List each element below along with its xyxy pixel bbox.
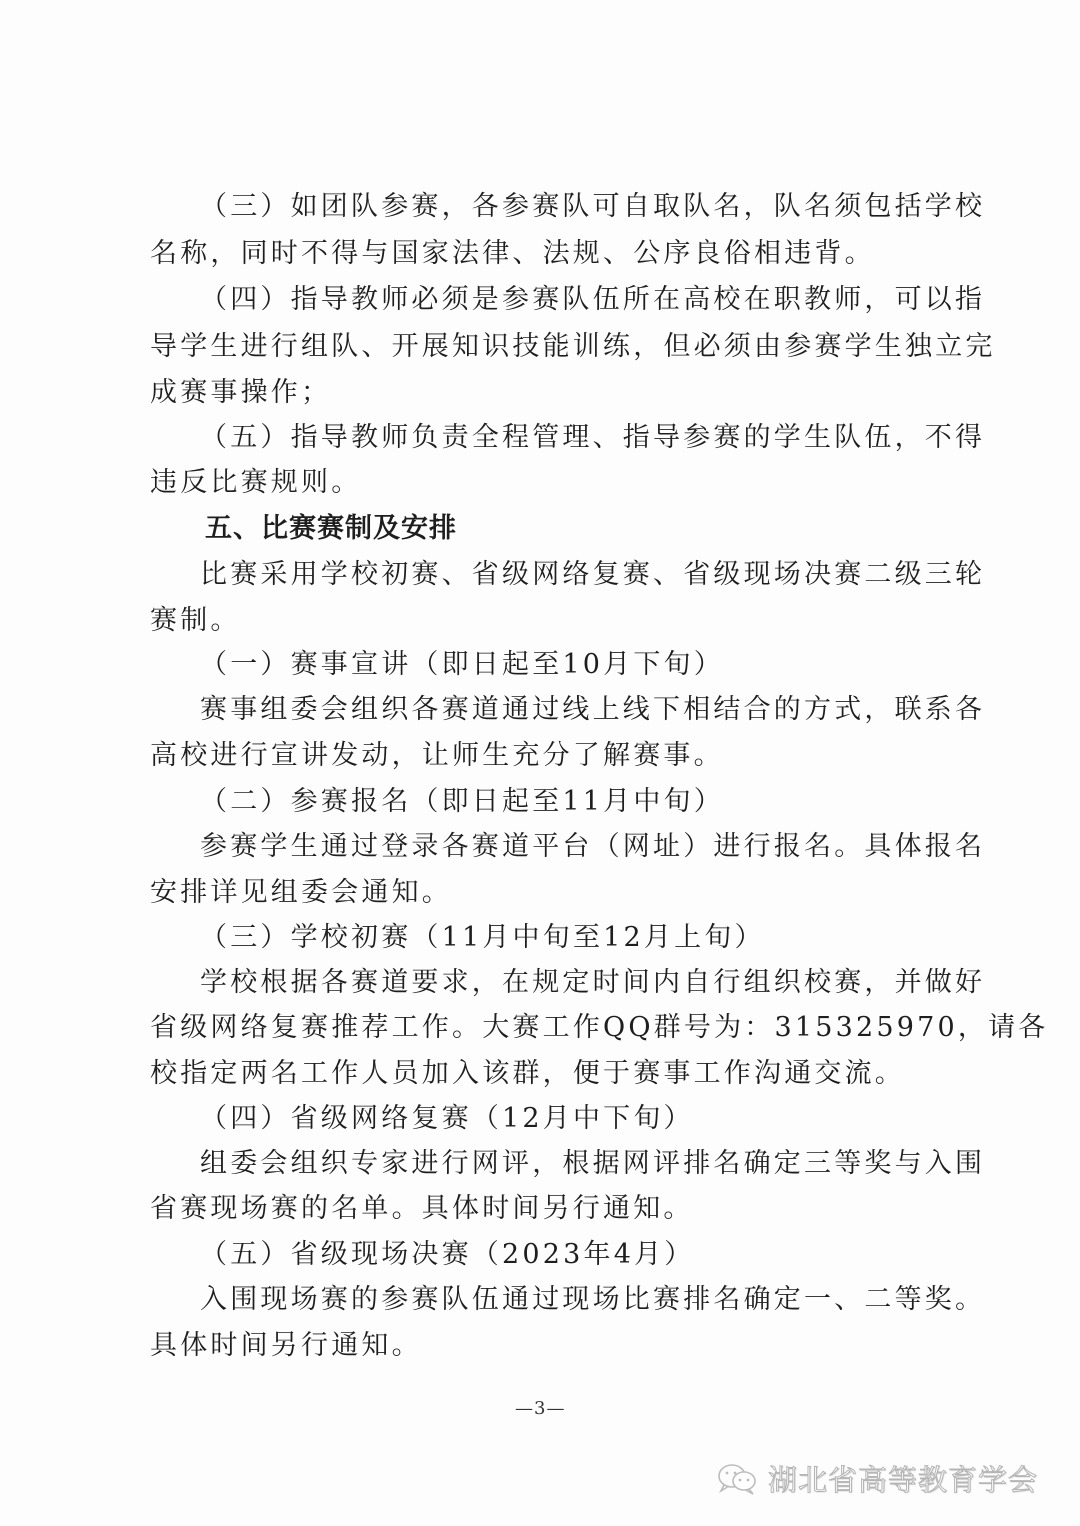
text-line: 组委会组织专家进行网评，根据网评排名确定三等奖与入围 bbox=[200, 1147, 990, 1181]
text-line: 高校进行宣讲发动，让师生充分了解赛事。 bbox=[150, 739, 940, 773]
text-line: （一）赛事宣讲（即日起至10月下旬） bbox=[200, 648, 990, 682]
text-line: （四）指导教师必须是参赛队伍所在高校在职教师，可以指 bbox=[200, 283, 990, 317]
text-line: （三）如团队参赛，各参赛队可自取队名，队名须包括学校 bbox=[200, 190, 990, 224]
text-line: （三）学校初赛（11月中旬至12月上旬） bbox=[200, 921, 990, 955]
text-line: 省级网络复赛推荐工作。大赛工作QQ群号为：315325970，请各 bbox=[150, 1011, 940, 1045]
text-line: 省赛现场赛的名单。具体时间另行通知。 bbox=[150, 1192, 940, 1226]
text-line: 入围现场赛的参赛队伍通过现场比赛排名确定一、二等奖。 bbox=[200, 1283, 990, 1317]
text-line: （四）省级网络复赛（12月中下旬） bbox=[200, 1102, 990, 1136]
text-line: 赛事组委会组织各赛道通过线上线下相结合的方式，联系各 bbox=[200, 693, 990, 727]
text-line: 学校根据各赛道要求，在规定时间内自行组织校赛，并做好 bbox=[200, 966, 990, 1000]
watermark-text: 湖北省高等教育学会 bbox=[768, 1458, 1038, 1499]
document-page: （三）如团队参赛，各参赛队可自取队名，队名须包括学校名称，同时不得与国家法律、法… bbox=[0, 0, 1080, 1526]
section-heading: 五、比赛赛制及安排 bbox=[205, 512, 995, 546]
text-line: 参赛学生通过登录各赛道平台（网址）进行报名。具体报名 bbox=[200, 830, 990, 864]
text-line: 校指定两名工作人员加入该群，便于赛事工作沟通交流。 bbox=[150, 1057, 940, 1091]
text-line: 名称，同时不得与国家法律、法规、公序良俗相违背。 bbox=[150, 237, 940, 271]
text-line: 赛制。 bbox=[150, 604, 940, 638]
text-line: 违反比赛规则。 bbox=[150, 466, 940, 500]
text-line: （五）指导教师负责全程管理、指导参赛的学生队伍，不得 bbox=[200, 421, 990, 455]
text-line: （五）省级现场决赛（2023年4月） bbox=[200, 1238, 990, 1272]
text-line: 比赛采用学校初赛、省级网络复赛、省级现场决赛二级三轮 bbox=[200, 558, 990, 592]
text-line: （二）参赛报名（即日起至11月中旬） bbox=[200, 785, 990, 819]
watermark: 湖北省高等教育学会 bbox=[716, 1458, 1038, 1499]
text-line: 具体时间另行通知。 bbox=[150, 1329, 940, 1363]
page-number: —3— bbox=[515, 1398, 565, 1419]
text-line: 导学生进行组队、开展知识技能训练，但必须由参赛学生独立完 bbox=[150, 330, 940, 364]
text-line: 安排详见组委会通知。 bbox=[150, 876, 940, 910]
wechat-icon bbox=[716, 1461, 760, 1497]
text-line: 成赛事操作； bbox=[150, 376, 940, 410]
